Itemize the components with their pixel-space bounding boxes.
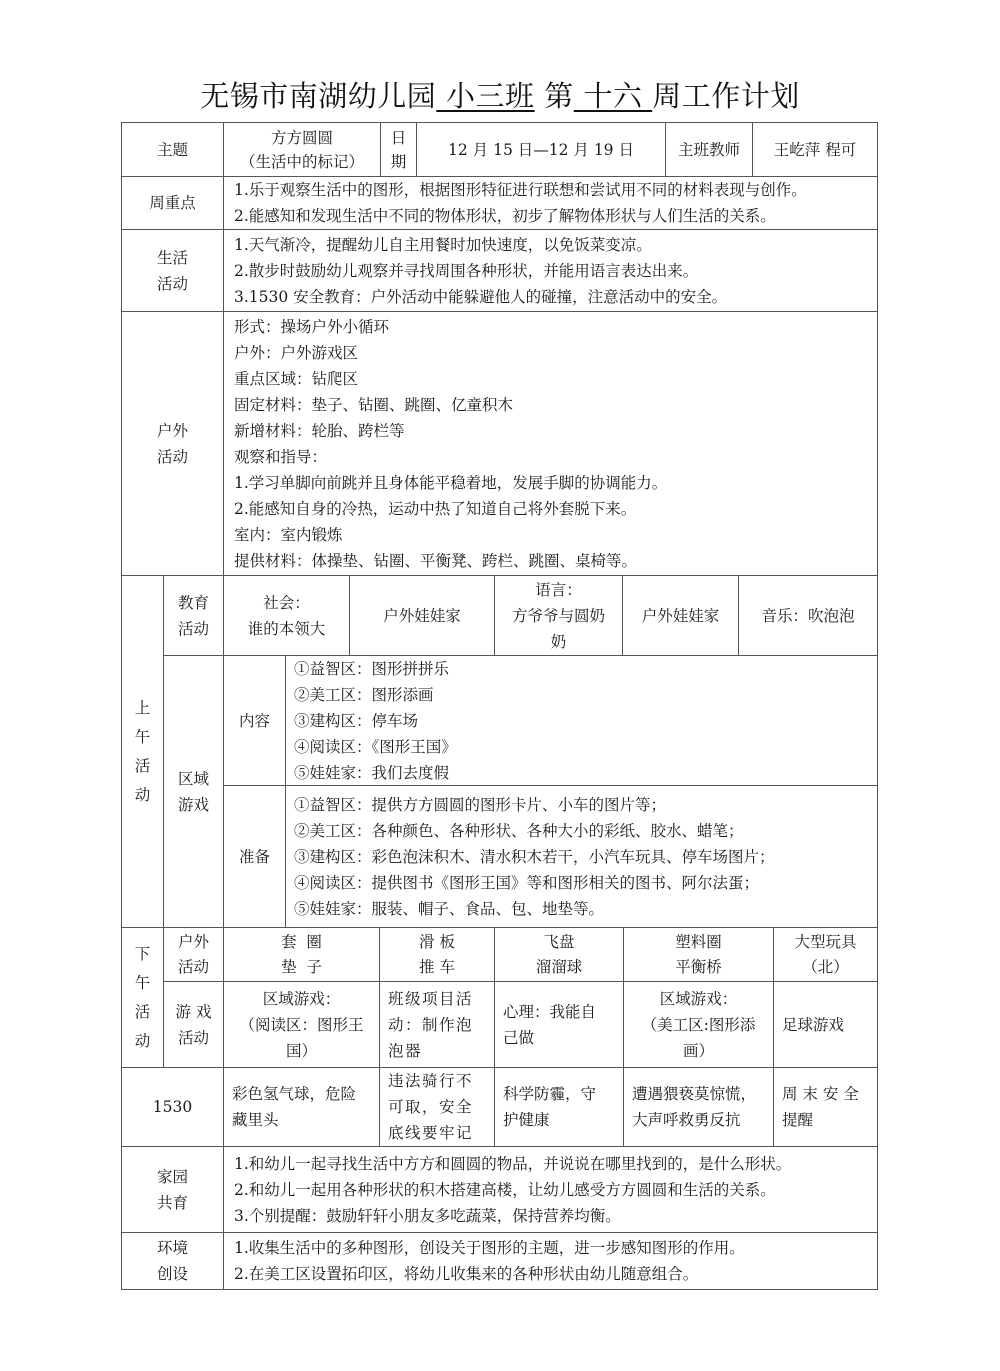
afternoon-outdoor-day-3: 飞盘 溜溜球 [494,927,624,982]
safety-day-2: 违法骑行不 可取，安全 底线要牢记 [379,1067,495,1147]
afternoon-outdoor-day-2: 滑 板 推 车 [379,927,495,982]
morning-label: 上 午 活 动 [121,575,164,928]
education-label: 教育 活动 [163,575,224,656]
title-suffix: 周工作计划 [652,79,800,113]
home-school-label: 家园 共育 [121,1146,224,1233]
kindergarten-name: 无锡市南湖幼儿园 [200,79,436,113]
outdoor-item: 重点区域：钻爬区 [234,366,877,392]
home-school-item: 3.个别提醒：鼓励轩轩小朋友多吃蔬菜，保持营养均衡。 [234,1203,877,1229]
environment-content: 1.收集生活中的多种图形，创设关于图形的主题，进一步感知图形的作用。 2.在美工… [223,1232,878,1290]
week-prefix: 第 [535,79,574,113]
environment-label: 环境 创设 [121,1232,224,1290]
home-school-item: 2.和幼儿一起用各种形状的积木搭建高楼，让幼儿感受方方圆圆和生活的关系。 [234,1177,877,1203]
area-prep-item: ①益智区：提供方方圆圆的图形卡片、小车的图片等； [294,792,877,818]
area-content-item: ⑤娃娃家：我们去度假 [294,760,877,786]
education-day-2: 户外娃娃家 [349,575,495,656]
area-prep-item: ④阅读区：提供图书《图形王国》等和图形相关的图书、阿尔法蛋； [294,870,877,896]
education-day-1: 社会： 谁的本领大 [223,575,350,656]
afternoon-outdoor-day-4: 塑料圈 平衡桥 [623,927,774,982]
safety-day-5: 周 末 安 全 提醒 [773,1067,878,1147]
life-activity-item: 3.1530 安全教育：户外活动中能躲避他人的碰撞，注意活动中的安全。 [234,284,877,310]
area-content-item: ①益智区：图形拼拼乐 [294,656,877,682]
area-content-item: ④阅读区：《图形王国》 [294,734,877,760]
prep-label: 准备 [223,785,286,928]
theme-value: 方方圆圆 （生活中的标记） [223,122,381,177]
outdoor-item: 形式：操场户外小循环 [234,314,877,340]
afternoon-label: 下 午 活 动 [121,927,164,1068]
teacher-label: 主班教师 [665,122,753,177]
education-day-5: 音乐：吹泡泡 [738,575,878,656]
class-name: 小三班 [436,79,534,113]
area-content-list: ①益智区：图形拼拼乐 ②美工区：图形添画 ③建构区：停车场 ④阅读区：《图形王国… [285,655,878,786]
afternoon-games-day-4: 区域游戏： （美工区:图形添 画） [623,981,774,1068]
afternoon-games-day-5: 足球游戏 [773,981,878,1068]
weekly-focus-label: 周重点 [121,176,224,230]
weekly-focus-content: 1.乐于观察生活中的图形，根据图形特征进行联想和尝试用不同的材料表现与创作。 2… [223,176,878,230]
outdoor-item: 新增材料：轮胎、跨栏等 [234,418,877,444]
life-activity-item: 2.散步时鼓励幼儿观察并寻找周围各种形状，并能用语言表达出来。 [234,258,877,284]
teacher-names: 王屹萍 程可 [752,122,878,177]
environment-item: 1.收集生活中的多种图形，创设关于图形的主题，进一步感知图形的作用。 [234,1235,877,1261]
outdoor-item: 观察和指导： [234,444,877,470]
environment-item: 2.在美工区设置拓印区，将幼儿收集来的各种形状由幼儿随意组合。 [234,1261,877,1287]
area-prep-list: ①益智区：提供方方圆圆的图形卡片、小车的图片等； ②美工区：各种颜色、各种形状、… [285,785,878,928]
weekly-focus-item: 1.乐于观察生活中的图形，根据图形特征进行联想和尝试用不同的材料表现与创作。 [234,177,877,203]
safety-1530-label: 1530 [121,1067,224,1147]
safety-day-3: 科学防霾，守 护健康 [494,1067,624,1147]
weekly-focus-item: 2.能感知和发现生活中不同的物体形状，初步了解物体形状与人们生活的关系。 [234,203,877,229]
outdoor-item: 1.学习单脚向前跳并且身体能平稳着地，发展手脚的协调能力。 [234,470,877,496]
outdoor-item: 室内：室内锻炼 [234,522,877,548]
area-prep-item: ③建构区：彩色泡沫积木、清水积木若干，小汽车玩具、停车场图片； [294,844,877,870]
afternoon-outdoor-day-5: 大型玩具 （北） [773,927,878,982]
outdoor-item: 2.能感知自身的冷热，运动中热了知道自己将外套脱下来。 [234,496,877,522]
area-prep-item: ⑤娃娃家：服装、帽子、食品、包、地垫等。 [294,896,877,922]
education-day-3: 语言： 方爷爷与圆奶 奶 [494,575,623,656]
content-label: 内容 [223,655,286,786]
afternoon-games-day-3: 心理：我能自 己做 [494,981,624,1068]
page-title: 无锡市南湖幼儿园 小三班 第 十六 周工作计划 [0,74,1000,115]
theme-label: 主题 [121,122,224,177]
education-day-4: 户外娃娃家 [622,575,739,656]
area-content-item: ③建构区：停车场 [294,708,877,734]
area-games-label: 区域 游戏 [163,655,224,928]
afternoon-games-label: 游 戏 活动 [163,981,224,1068]
date-label: 日 期 [380,122,417,177]
afternoon-outdoor-day-1: 套 圈 垫 子 [223,927,380,982]
outdoor-item: 固定材料：垫子、钻圈、跳圈、亿童积木 [234,392,877,418]
safety-day-4: 遭遇猥亵莫惊慌， 大声呼救勇反抗 [623,1067,774,1147]
life-activity-item: 1.天气渐冷，提醒幼儿自主用餐时加快速度，以免饭菜变凉。 [234,232,877,258]
outdoor-item: 提供材料：体操垫、钻圈、平衡凳、跨栏、跳圈、桌椅等。 [234,548,877,574]
home-school-content: 1.和幼儿一起寻找生活中方方和圆圆的物品，并说说在哪里找到的，是什么形状。 2.… [223,1146,878,1233]
safety-day-1: 彩色氢气球，危险 藏里头 [223,1067,380,1147]
area-content-item: ②美工区：图形添画 [294,682,877,708]
afternoon-outdoor-label: 户外 活动 [163,927,224,982]
week-number: 十六 [574,79,652,113]
home-school-item: 1.和幼儿一起寻找生活中方方和圆圆的物品，并说说在哪里找到的，是什么形状。 [234,1151,877,1177]
life-activities-label: 生活 活动 [121,229,224,312]
outdoor-activities-label: 户外 活动 [121,311,224,576]
afternoon-games-day-1: 区域游戏： （阅读区：图形王 国） [223,981,380,1068]
life-activities-content: 1.天气渐冷，提醒幼儿自主用餐时加快速度，以免饭菜变凉。 2.散步时鼓励幼儿观察… [223,229,878,312]
afternoon-games-day-2: 班级项目活 动：制作泡 泡器 [379,981,495,1068]
outdoor-item: 户外：户外游戏区 [234,340,877,366]
date-range: 12 月 15 日—12 月 19 日 [416,122,666,177]
area-prep-item: ②美工区：各种颜色、各种形状、各种大小的彩纸、胶水、蜡笔； [294,818,877,844]
outdoor-activities-content: 形式：操场户外小循环 户外：户外游戏区 重点区域：钻爬区 固定材料：垫子、钻圈、… [223,311,878,576]
